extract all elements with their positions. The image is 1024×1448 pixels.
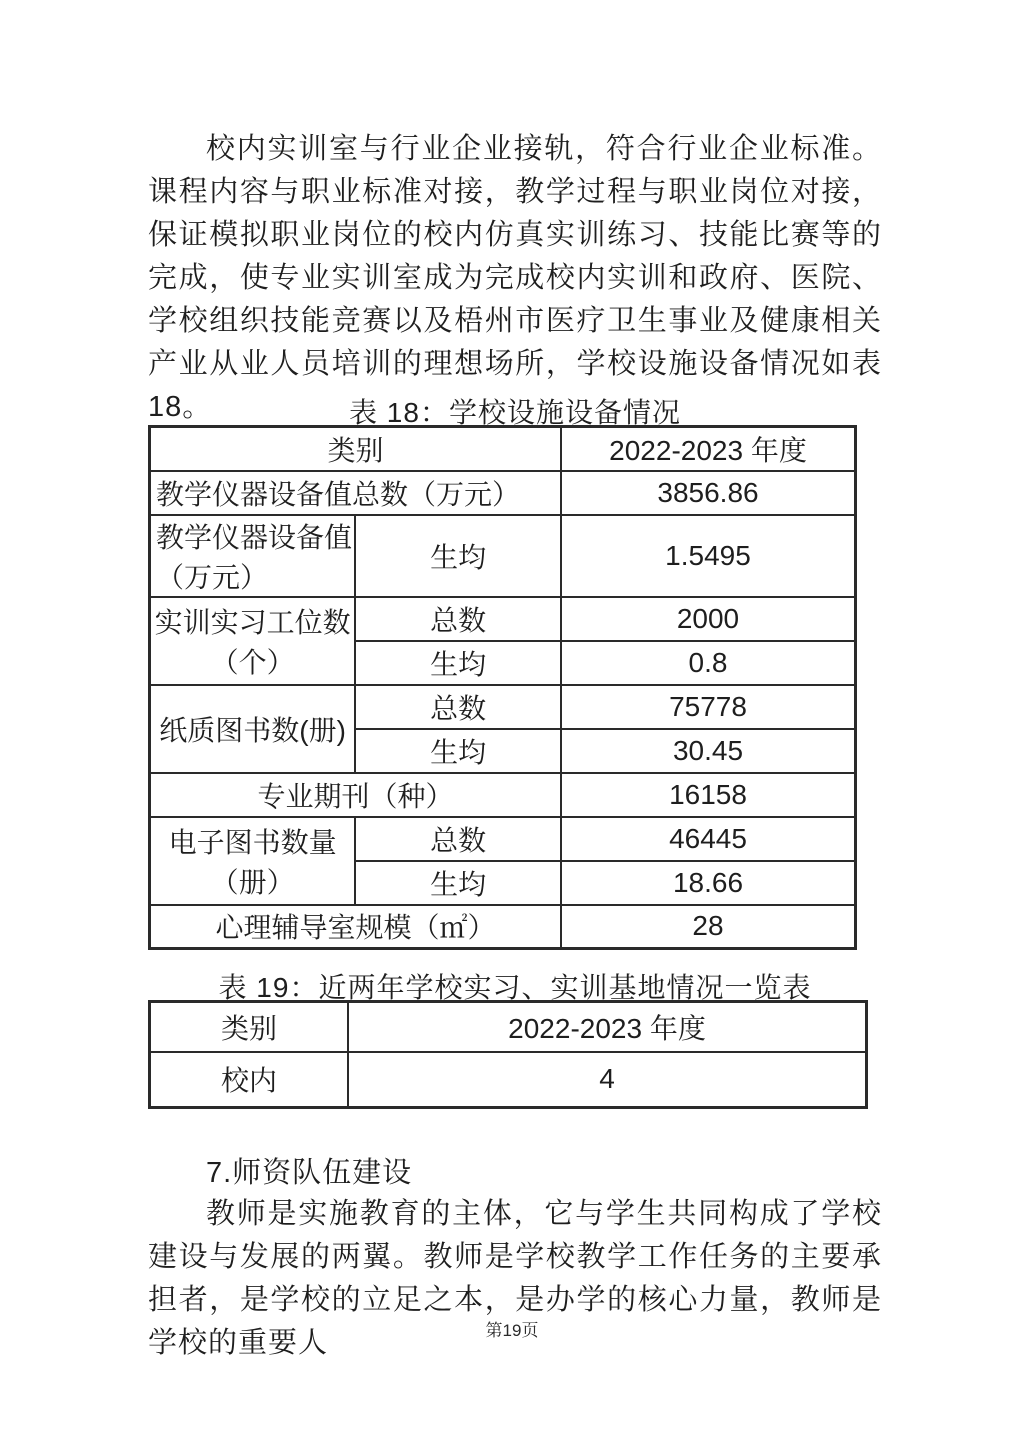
table18-row-sub: 生均 — [355, 515, 561, 597]
table-row: 电子图书数量（册） 总数 46445 — [150, 817, 856, 861]
table-row: 纸质图书数(册) 总数 75778 — [150, 685, 856, 729]
table18-row-value: 3856.86 — [561, 471, 856, 515]
intro-paragraph: 校内实训室与行业企业接轨，符合行业企业标准。课程内容与职业标准对接，教学过程与职… — [148, 128, 882, 429]
table18-header-row: 类别 2022-2023 年度 — [150, 427, 856, 471]
table-row: 专业期刊（种） 16158 — [150, 773, 856, 817]
table18-row-value: 2000 — [561, 597, 856, 641]
table18-row-sub: 总数 — [355, 817, 561, 861]
table18-row-label: 心理辅导室规模（㎡） — [150, 905, 562, 949]
table18-row-sub: 生均 — [355, 861, 561, 905]
table19-row-category: 校内 — [150, 1052, 349, 1108]
table18-row-sub: 生均 — [355, 729, 561, 773]
table18-row-label: 实训实习工位数（个） — [150, 597, 356, 685]
table18-row-value: 28 — [561, 905, 856, 949]
table-row: 实训实习工位数（个） 总数 2000 — [150, 597, 856, 641]
table19: 类别 2022-2023 年度 校内 4 — [148, 1000, 868, 1109]
table19-header-category: 类别 — [150, 1002, 349, 1052]
table18-row-value: 18.66 — [561, 861, 856, 905]
table19-header-year: 2022-2023 年度 — [348, 1002, 867, 1052]
table18-row-sub: 生均 — [355, 641, 561, 685]
table18-row-label: 教学仪器设备值（万元） — [150, 515, 356, 597]
page-number: 第19页 — [0, 1316, 1024, 1341]
table-row: 心理辅导室规模（㎡） 28 — [150, 905, 856, 949]
table18-row-label: 专业期刊（种） — [150, 773, 562, 817]
table18-row-label: 电子图书数量（册） — [150, 817, 356, 905]
table18-row-value: 46445 — [561, 817, 856, 861]
table-row: 教学仪器设备值总数（万元） 3856.86 — [150, 471, 856, 515]
table19-row-value: 4 — [348, 1052, 867, 1108]
table18-row-value: 75778 — [561, 685, 856, 729]
table18-row-label: 教学仪器设备值总数（万元） — [150, 471, 562, 515]
table18-row-sub: 总数 — [355, 597, 561, 641]
table18-row-value: 30.45 — [561, 729, 856, 773]
table18-row-label: 纸质图书数(册) — [150, 685, 356, 773]
document-page: 校内实训室与行业企业接轨，符合行业企业标准。课程内容与职业标准对接，教学过程与职… — [0, 0, 1024, 1448]
table18: 类别 2022-2023 年度 教学仪器设备值总数（万元） 3856.86 教学… — [148, 425, 857, 950]
table-row: 教学仪器设备值（万元） 生均 1.5495 — [150, 515, 856, 597]
table19-header-row: 类别 2022-2023 年度 — [150, 1002, 867, 1052]
table18-row-value: 16158 — [561, 773, 856, 817]
table18-row-sub: 总数 — [355, 685, 561, 729]
section7-heading: 7.师资队伍建设 — [148, 1150, 882, 1191]
table18-row-value: 0.8 — [561, 641, 856, 685]
table-row: 校内 4 — [150, 1052, 867, 1108]
table18-row-value: 1.5495 — [561, 515, 856, 597]
table18-header-category: 类别 — [150, 427, 562, 471]
table18-header-year: 2022-2023 年度 — [561, 427, 856, 471]
